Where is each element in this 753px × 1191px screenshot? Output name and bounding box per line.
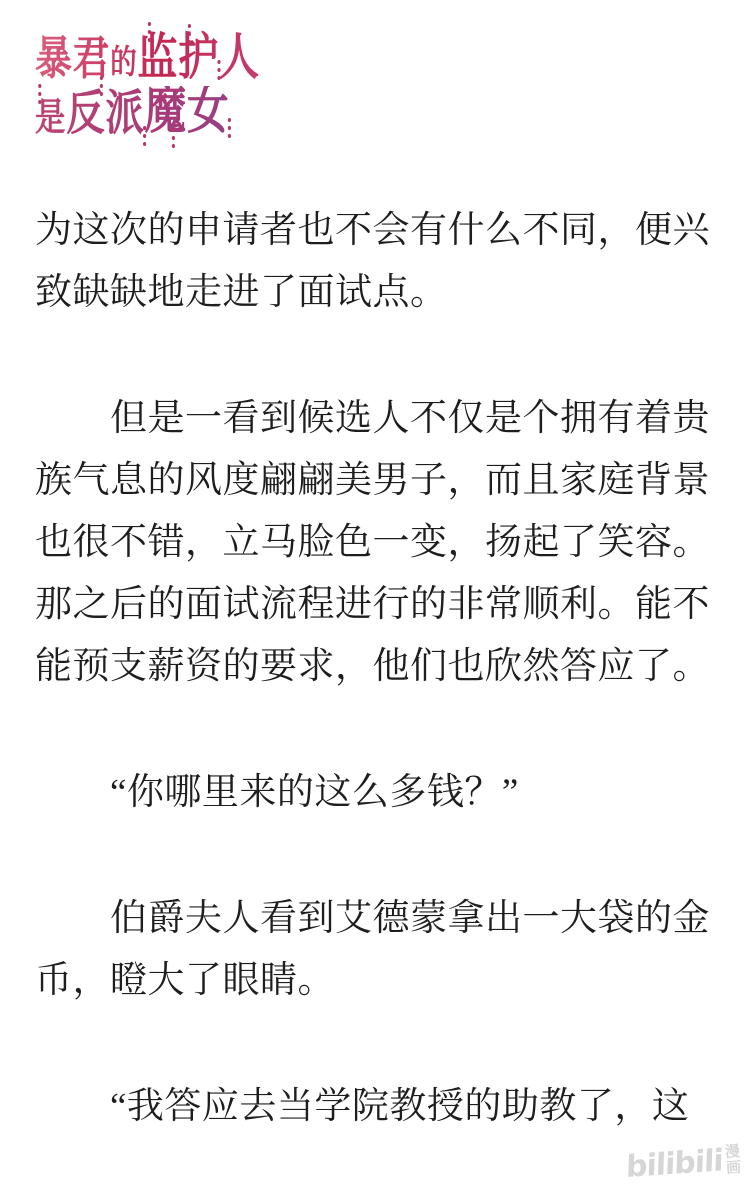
text-line: 币，瞪大了眼睛。: [35, 950, 730, 1012]
text-line: 能预支薪资的要求，他们也欣然答应了。: [35, 636, 730, 698]
paragraph: “你哪里来的这么多钱？”: [35, 762, 730, 824]
logo-char-group: 暴君: [35, 36, 110, 82]
decorative-dots: [172, 128, 175, 132]
text-line: 伯爵夫人看到艾德蒙拿出一大袋的金: [35, 888, 730, 950]
decorative-dots: [148, 22, 151, 26]
novel-text-content: 为这次的申请者也不会有什么不同，便兴致缺缺地走进了面试点。但是一看到候选人不仅是…: [35, 200, 730, 1138]
paragraph: “我答应去当学院教授的助教了，这: [35, 1076, 730, 1138]
bilibili-logo-text: bilibili: [626, 1143, 724, 1185]
series-title-logo: 暴君的监护人 是反派魔女: [35, 26, 260, 138]
text-line: 为这次的申请者也不会有什么不同，便兴: [35, 200, 730, 262]
text-line: “你哪里来的这么多钱？”: [35, 762, 730, 824]
logo-line-1: 暴君的监护人: [35, 26, 260, 82]
manga-suffix-char: 画: [726, 1160, 742, 1177]
decorative-dots: [228, 118, 231, 122]
text-line: 致缺缺地走进了面试点。: [35, 262, 730, 324]
paragraph: 伯爵夫人看到艾德蒙拿出一大袋的金币，瞪大了眼睛。: [35, 888, 730, 1012]
decorative-dots: [188, 24, 191, 28]
logo-char-group: 魔女: [145, 86, 230, 138]
paragraph: 为这次的申请者也不会有什么不同，便兴致缺缺地走进了面试点。: [35, 200, 730, 324]
bilibili-manga-watermark: bilibili 漫画: [625, 1142, 742, 1185]
paragraph: 但是一看到候选人不仅是个拥有着贵族气息的风度翩翩美男子，而且家庭背景也很不错，立…: [35, 388, 730, 698]
manga-suffix-text: 漫画: [725, 1144, 742, 1177]
logo-char-group: 是: [35, 99, 66, 138]
manga-suffix-char: 漫: [725, 1144, 741, 1161]
logo-char-group: 的: [110, 47, 137, 82]
decorative-dots: [100, 76, 103, 80]
decorative-dots: [38, 84, 41, 88]
decorative-dots: [143, 126, 146, 130]
logo-line-2: 是反派魔女: [35, 86, 260, 138]
text-line: 但是一看到候选人不仅是个拥有着贵: [35, 388, 730, 450]
text-line: 族气息的风度翩翩美男子，而且家庭背景: [35, 450, 730, 512]
text-line: 那之后的面试流程进行的非常顺利。能不: [35, 574, 730, 636]
text-line: 也很不错，立马脸色一变，扬起了笑容。: [35, 512, 730, 574]
logo-char-group: 监护人: [137, 32, 259, 82]
decorative-dots: [217, 60, 220, 64]
text-line: “我答应去当学院教授的助教了，这: [35, 1076, 730, 1138]
logo-char-group: 反派: [66, 90, 144, 138]
